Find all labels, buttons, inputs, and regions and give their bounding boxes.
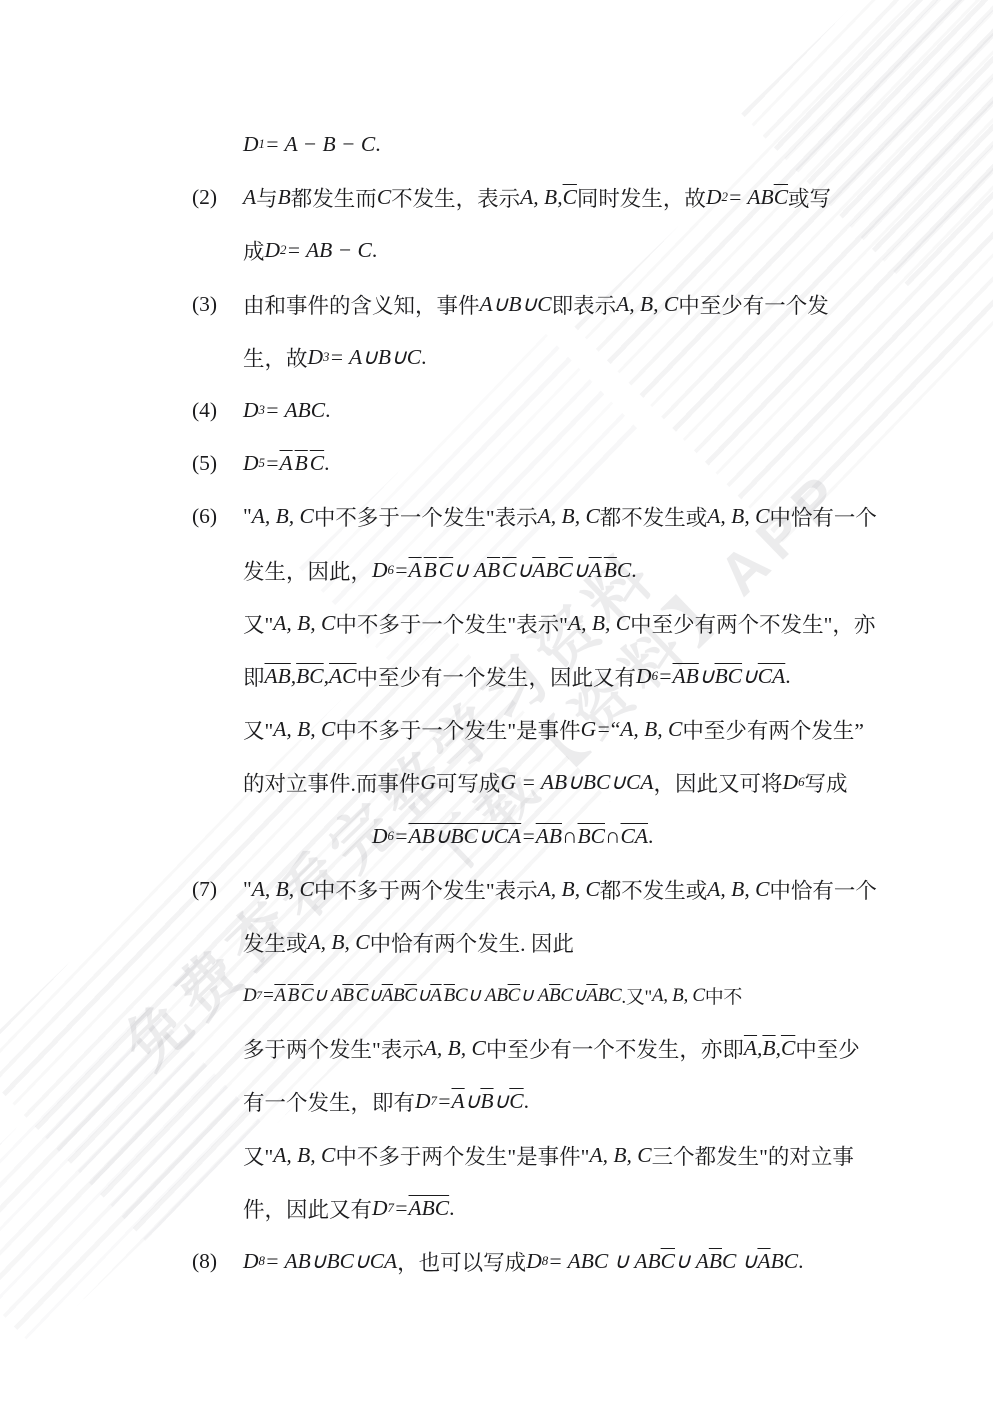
text-segment: 又" — [243, 608, 273, 639]
item-number: (5) — [192, 451, 217, 476]
text-segment: A — [586, 985, 597, 1007]
text-segment: CA — [758, 664, 785, 689]
text-segment: D — [243, 985, 256, 1007]
text-segment: B — [487, 558, 500, 583]
text-segment: 三个都发生"的对立事 — [652, 1140, 854, 1171]
text-segment: = AB — [728, 185, 774, 210]
text-segment: . — [324, 451, 329, 476]
text-segment: . — [648, 824, 653, 849]
text-segment: A∪B∪C — [480, 292, 552, 317]
text-segment: 中至少有一个不发生，亦即 — [486, 1033, 744, 1064]
text-segment: ∪ — [573, 558, 589, 583]
text-segment: = ABC — [265, 398, 325, 423]
text-segment: CA — [621, 824, 648, 849]
text-segment: A, B, C — [707, 877, 769, 902]
text-segment: B — [762, 1036, 775, 1061]
text-line-6: (4)D3 = ABC . — [0, 384, 993, 437]
text-segment: A — [452, 1089, 465, 1114]
text-segment: BC — [771, 1249, 798, 1274]
text-segment: ∪ — [516, 558, 532, 583]
text-segment: 可写成 — [436, 767, 501, 798]
text-segment: C — [301, 985, 313, 1007]
text-segment: 由和事件的含义知，事件 — [243, 289, 480, 320]
text-segment: A, B, C — [252, 877, 314, 902]
text-segment: A, B, C — [568, 611, 630, 636]
text-segment: . — [798, 1249, 803, 1274]
text-segment: ∪ AB — [467, 984, 507, 1007]
text-line-20: 又" A, B, C 中不多于两个发生"是事件" A, B, C 三个都发生"的… — [0, 1129, 993, 1182]
text-segment: B — [709, 1249, 722, 1274]
text-segment: 中不 — [705, 982, 742, 1009]
text-line-7: (5)D5 = ABC . — [0, 437, 993, 490]
text-segment: C ∪ — [722, 1249, 757, 1274]
text-segment: 中至少 — [795, 1033, 860, 1064]
text-segment: ∪ A — [520, 984, 549, 1007]
text-line-1: D1 = A − B − C . — [0, 118, 993, 171]
text-segment: 中至少有两个发生” — [682, 714, 864, 745]
text-segment: B — [278, 185, 291, 210]
text-segment: = A∪B∪C — [330, 345, 422, 370]
text-segment: C — [560, 985, 572, 1007]
text-segment: B — [393, 985, 404, 1007]
text-segment: ∩ — [562, 824, 578, 849]
text-segment: A — [757, 1249, 770, 1274]
text-segment: D — [265, 238, 281, 263]
text-segment: A, B, C — [308, 930, 370, 955]
text-segment: D — [243, 398, 259, 423]
text-segment: BC — [296, 664, 323, 689]
text-segment: 件，因此又有 — [243, 1193, 372, 1224]
text-segment: = — [265, 451, 280, 476]
text-segment: A — [744, 1036, 757, 1061]
text-segment: D — [308, 345, 324, 370]
text-segment: D — [415, 1089, 431, 1114]
text-segment: C — [502, 558, 516, 583]
text-segment: 有一个发生，即有 — [243, 1086, 415, 1117]
text-segment: 中至少有一个发 — [678, 289, 829, 320]
text-segment: 中不多于两个发生"表示 — [314, 874, 538, 905]
text-segment: D — [243, 132, 259, 157]
text-segment: 即 — [243, 661, 265, 692]
text-segment: C — [404, 985, 416, 1007]
text-segment: AB — [536, 824, 562, 849]
text-segment: = — [658, 664, 673, 689]
text-line-4: (3)由和事件的含义知，事件 A∪B∪C 即表示 A, B, C 中至少有一个发 — [0, 278, 993, 331]
text-segment: 中不多于一个发生"表示" — [335, 608, 568, 639]
text-line-2: (2)A 与 B 都发生而 C 不发生，表示 A, B,C 同时发生，故 D2 … — [0, 171, 993, 224]
text-segment: = A − B − C — [265, 132, 375, 157]
text-segment: C — [439, 558, 453, 583]
text-segment: AB∪BC∪CA — [409, 824, 522, 849]
text-segment: = ABC ∪ AB — [548, 1249, 660, 1274]
text-segment: ∪ A — [675, 1249, 709, 1274]
text-segment: ∩ — [605, 824, 621, 849]
text-segment: 又" — [243, 714, 273, 745]
text-segment: C — [310, 451, 324, 476]
text-segment: 中至少有两个不发生"，亦 — [630, 608, 875, 639]
text-segment: B — [604, 558, 617, 583]
text-line-10: 又" A, B, C 中不多于一个发生"表示" A, B, C 中至少有两个不发… — [0, 597, 993, 650]
text-segment: A, B, C — [538, 504, 600, 529]
text-segment: = — [596, 717, 611, 742]
text-segment: A, B, C — [616, 292, 678, 317]
text-segment: A — [430, 985, 441, 1007]
text-segment: C — [617, 558, 631, 583]
text-segment: B — [424, 558, 437, 583]
text-line-22: (8)D8 = AB∪BC∪CA，也可以写成 D8 = ABC ∪ ABC ∪ … — [0, 1235, 993, 1288]
text-segment: A, B, C — [707, 504, 769, 529]
item-number: (6) — [192, 504, 217, 529]
text-segment: D — [372, 824, 388, 849]
text-segment: ∪ — [742, 664, 758, 689]
text-segment: ABC — [409, 1196, 450, 1221]
text-segment: C — [781, 1036, 795, 1061]
text-segment: C — [356, 985, 368, 1007]
text-segment: D — [706, 185, 722, 210]
text-segment: C — [559, 558, 573, 583]
text-segment: D — [243, 451, 259, 476]
text-line-18: 多于两个发生"表示 A, B, C 中至少有一个不发生，亦即 A, B, C 中… — [0, 1022, 993, 1075]
text-segment: 的对立事件.而事件 — [243, 767, 420, 798]
text-segment: . — [375, 132, 380, 157]
text-segment: C — [377, 185, 391, 210]
item-number: (7) — [192, 877, 217, 902]
text-segment: 生，故 — [243, 342, 308, 373]
text-segment: . — [631, 558, 636, 583]
text-segment: A, B, C — [538, 877, 600, 902]
item-number: (3) — [192, 292, 217, 317]
text-segment: C — [661, 1249, 675, 1274]
text-line-19: 有一个发生，即有 D7 = A ∪ B ∪ C . — [0, 1075, 993, 1128]
text-segment: .又" — [621, 982, 652, 1009]
text-segment: " — [243, 504, 252, 529]
text-segment: A — [532, 558, 545, 583]
text-segment: B — [549, 985, 560, 1007]
text-segment: C — [509, 1089, 523, 1114]
text-segment: D — [243, 1249, 259, 1274]
text-line-13: 的对立事件.而事件 G 可写成 G = AB∪BC∪CA，因此又可将 D6 写成 — [0, 756, 993, 809]
text-segment: = — [394, 1196, 409, 1221]
text-segment: D — [526, 1249, 542, 1274]
text-segment: . — [524, 1089, 529, 1114]
text-segment: ∪ A — [453, 558, 487, 583]
text-segment: A, B, C — [589, 1143, 651, 1168]
text-segment: “ — [611, 717, 621, 742]
text-segment: ∪ — [465, 1089, 481, 1114]
text-segment: A — [243, 185, 256, 210]
text-segment: ，也可以写成 — [397, 1246, 526, 1277]
text-segment: AB — [265, 664, 291, 689]
text-segment: A, B, C — [273, 717, 335, 742]
text-line-21: 件，因此又有 D7 = ABC . — [0, 1182, 993, 1235]
text-line-8: (6)" A, B, C 中不多于一个发生"表示 A, B, C 都不发生或 A… — [0, 490, 993, 543]
text-line-11: 即 AB, BC, AC 中至少有一个发生，因此又有 D6 = AB ∪ BC … — [0, 650, 993, 703]
text-segment: . — [785, 664, 790, 689]
text-segment: G — [581, 717, 597, 742]
text-segment: 发生或 — [243, 927, 308, 958]
text-segment: B — [480, 1089, 493, 1114]
text-segment: C — [563, 185, 577, 210]
text-segment: 不发生，表示 — [391, 182, 520, 213]
text-segment: AB — [673, 664, 699, 689]
text-line-9: 发生，因此， D6 = ABC ∪ ABC ∪ ABC ∪ ABC . — [0, 544, 993, 597]
text-segment: A — [280, 451, 293, 476]
text-segment: A, B, C — [273, 1143, 335, 1168]
text-segment: " — [243, 877, 252, 902]
text-segment: B — [288, 985, 299, 1007]
text-segment: A, B, C — [424, 1036, 486, 1061]
text-line-5: 生，故 D3 = A∪B∪C . — [0, 331, 993, 384]
text-segment: 中不多于两个发生"是事件" — [335, 1140, 589, 1171]
text-segment: 发生，因此， — [243, 555, 372, 586]
text-line-16: 发生或 A, B, C 中恰有两个发生. 因此 — [0, 916, 993, 969]
text-segment: = — [394, 824, 409, 849]
text-segment: 中恰有两个发生. 因此 — [370, 927, 574, 958]
text-segment: C — [455, 985, 467, 1007]
text-segment: ，因此又可将 — [654, 767, 783, 798]
text-segment: B — [444, 985, 455, 1007]
text-segment: A, B, — [520, 185, 562, 210]
text-line-15: (7)" A, B, C 中不多于两个发生"表示 A, B, C 都不发生或 A… — [0, 863, 993, 916]
text-segment: 都不发生或 — [600, 874, 708, 905]
text-segment: . — [325, 398, 330, 423]
text-segment: D — [636, 664, 652, 689]
text-segment: A — [274, 985, 285, 1007]
text-segment: A, B, C — [252, 504, 314, 529]
text-segment: = — [521, 824, 536, 849]
text-segment: C — [508, 985, 520, 1007]
text-segment: 都不发生或 — [600, 501, 708, 532]
text-segment: A, B, C — [620, 717, 682, 742]
text-segment: = — [262, 985, 275, 1007]
text-segment: 写成 — [805, 767, 848, 798]
text-segment: AC — [329, 664, 356, 689]
text-segment: B — [295, 451, 308, 476]
text-segment: 又" — [243, 1140, 273, 1171]
text-segment: A — [589, 558, 602, 583]
text-segment: 都发生而 — [291, 182, 377, 213]
text-segment: 或写 — [788, 182, 831, 213]
text-line-3: 成 D2 = AB − C . — [0, 224, 993, 277]
text-segment: . — [421, 345, 426, 370]
text-segment: = AB − C — [287, 238, 372, 263]
text-segment: D — [372, 558, 388, 583]
text-segment: ∪ — [699, 664, 715, 689]
text-segment: 成 — [243, 235, 265, 266]
text-segment: D — [783, 770, 799, 795]
item-number: (8) — [192, 1249, 217, 1274]
text-segment: B — [342, 985, 353, 1007]
text-segment: A, B, C — [652, 985, 705, 1007]
text-segment: D — [372, 1196, 388, 1221]
text-segment: 与 — [256, 182, 278, 213]
text-segment: = — [437, 1089, 452, 1114]
text-segment: C — [774, 185, 788, 210]
text-segment: . — [372, 238, 377, 263]
text-segment: = AB∪BC∪CA — [265, 1249, 397, 1274]
document-page: 免费查看完整学习资料 下载【资料】APP D1 = A − B − C .(2)… — [0, 0, 993, 1404]
text-segment: G = AB∪BC∪CA — [500, 770, 653, 795]
text-segment: 中恰有一个 — [769, 501, 877, 532]
text-line-14: D6 = AB∪BC∪CA = AB ∩ BC ∩ CA . — [0, 809, 993, 862]
text-segment: B — [545, 558, 558, 583]
text-line-12: 又" A, B, C 中不多于一个发生"是事件 G = “A, B, C 中至少… — [0, 703, 993, 756]
text-segment: BC — [715, 664, 742, 689]
text-segment: 中恰有一个 — [769, 874, 877, 905]
text-line-17: D7 = ABC ∪ ABC ∪ ABC ∪ ABC ∪ ABC ∪ ABC ∪… — [0, 969, 993, 1022]
text-segment: 即表示 — [552, 289, 617, 320]
text-segment: ∪ — [417, 984, 431, 1007]
document-text: D1 = A − B − C .(2)A 与 B 都发生而 C 不发生，表示 A… — [0, 118, 993, 1288]
text-segment: A, B, C — [273, 611, 335, 636]
text-segment: 中不多于一个发生"表示 — [314, 501, 538, 532]
text-segment: 中至少有一个发生，因此又有 — [357, 661, 637, 692]
text-segment: A — [409, 558, 422, 583]
text-segment: . — [449, 1196, 454, 1221]
text-segment: 同时发生，故 — [577, 182, 706, 213]
text-segment: 多于两个发生"表示 — [243, 1033, 424, 1064]
text-segment: BC — [578, 824, 605, 849]
text-segment: ∪ — [494, 1089, 510, 1114]
text-segment: ∪ — [573, 984, 587, 1007]
text-segment: BC — [598, 985, 622, 1007]
item-number: (4) — [192, 398, 217, 423]
text-segment: ∪ A — [313, 984, 342, 1007]
item-number: (2) — [192, 185, 217, 210]
text-segment: 中不多于一个发生"是事件 — [335, 714, 580, 745]
text-segment: = — [394, 558, 409, 583]
text-segment: A — [382, 985, 393, 1007]
text-segment: G — [420, 770, 436, 795]
text-segment: ∪ — [368, 984, 382, 1007]
